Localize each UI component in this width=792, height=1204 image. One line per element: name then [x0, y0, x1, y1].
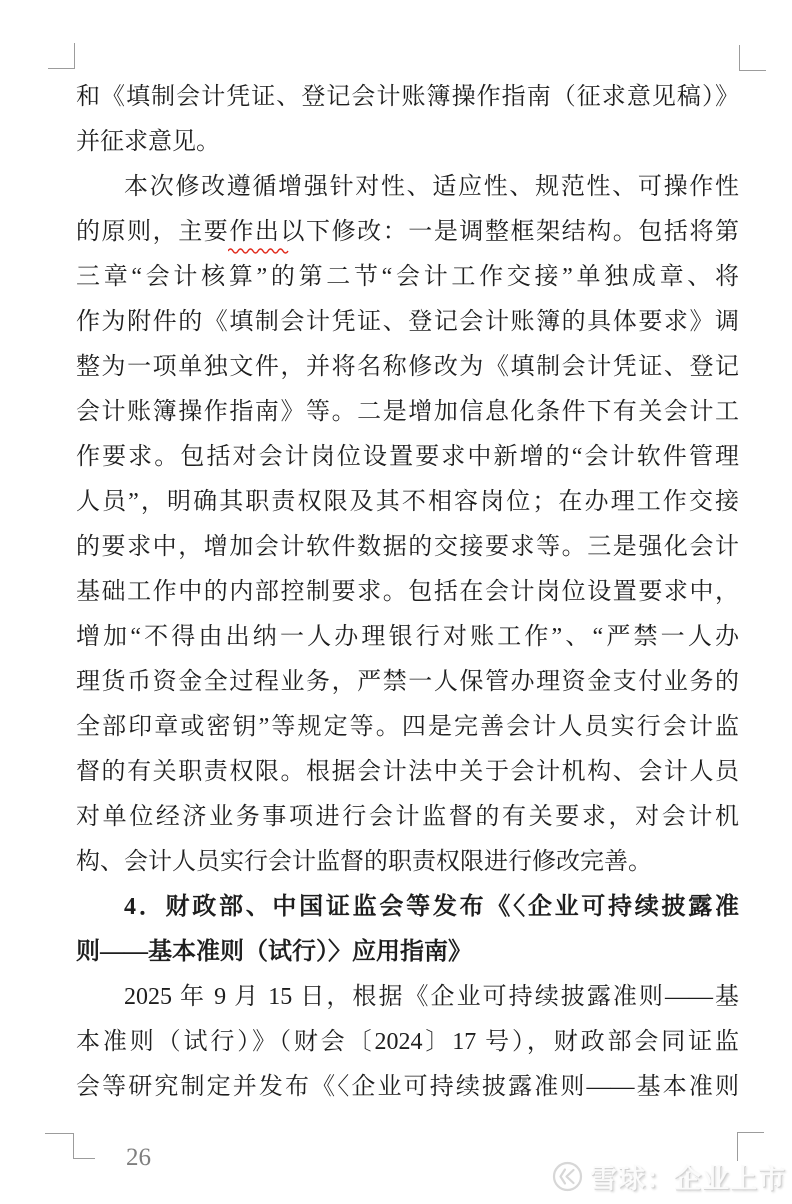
- text-line: 构、会计人员实行会计监督的职责权限进行修改完善。: [76, 840, 739, 885]
- text-line: 会等研究制定并发布《〈企业可持续披露准则——基本准则: [76, 1065, 739, 1110]
- section-4-heading-line: 4．财政部、中国证监会等发布《〈企业可持续披露准: [76, 885, 739, 930]
- crop-mark-bottom-left-footer: [73, 1158, 95, 1159]
- text-line: 督的有关职责权限。根据会计法中关于会计机构、会计人员: [76, 750, 739, 795]
- section-4-heading-line: 则——基本准则（试行）〉应用指南》: [76, 930, 739, 975]
- text-line: 三章“会计核算”的第二节“会计工作交接”单独成章、将: [76, 255, 739, 300]
- document-page: 和《填制会计凭证、登记会计账簿操作指南（征求意见稿）》 并征求意见。 本次修改遵…: [0, 0, 792, 1204]
- text-line: 2025 年 9 月 15 日，根据《企业可持续披露准则——基: [76, 975, 739, 1020]
- text-line: 本准则（试行）》（财会〔2024〕17 号），财政部会同证监: [76, 1020, 739, 1065]
- text-line: 作为附件的《填制会计凭证、登记会计账簿的具体要求》调: [76, 300, 739, 345]
- text-line: 人员”，明确其职责权限及其不相容岗位；在办理工作交接: [76, 480, 739, 525]
- text-line: 整为一项单独文件，并将名称修改为《填制会计凭证、登记: [76, 345, 739, 390]
- text-line: 本次修改遵循增强针对性、适应性、规范性、可操作性: [76, 165, 739, 210]
- text-line: 的原则，主要作出以下修改：一是调整框架结构。包括将第: [76, 210, 739, 255]
- text-line: 作要求。包括对会计岗位设置要求中新增的“会计软件管理: [76, 435, 739, 480]
- crop-mark-top-right: [739, 45, 766, 71]
- text-line: 全部印章或密钥”等规定等。四是完善会计人员实行会计监: [76, 705, 739, 750]
- spellcheck-underline: [228, 247, 290, 254]
- watermark-text: 雪球：企业上市: [590, 1157, 786, 1196]
- text-line: 理货币资金全过程业务，严禁一人保管办理资金支付业务的: [76, 660, 739, 705]
- document-text: 和《填制会计凭证、登记会计账簿操作指南（征求意见稿）》 并征求意见。 本次修改遵…: [76, 75, 739, 1110]
- text-line: 并征求意见。: [76, 120, 739, 165]
- text-line: 基础工作中的内部控制要求。包括在会计岗位设置要求中，: [76, 570, 739, 615]
- text-line: 增加“不得由出纳一人办理银行对账工作”、“严禁一人办: [76, 615, 739, 660]
- page-number: 26: [126, 1144, 151, 1172]
- text-line: 对单位经济业务事项进行会计监督的有关要求，对会计机: [76, 795, 739, 840]
- text-line: 和《填制会计凭证、登记会计账簿操作指南（征求意见稿）》: [76, 75, 739, 120]
- xueqiu-watermark: 雪球：企业上市: [552, 1157, 786, 1196]
- text-line: 会计账簿操作指南》等。二是增加信息化条件下有关会计工: [76, 390, 739, 435]
- xueqiu-logo-icon: [552, 1161, 583, 1192]
- crop-mark-bottom-left: [45, 1133, 74, 1159]
- crop-mark-top-left: [48, 43, 75, 69]
- text-line: 的要求中，增加会计软件数据的交接要求等。三是强化会计: [76, 525, 739, 570]
